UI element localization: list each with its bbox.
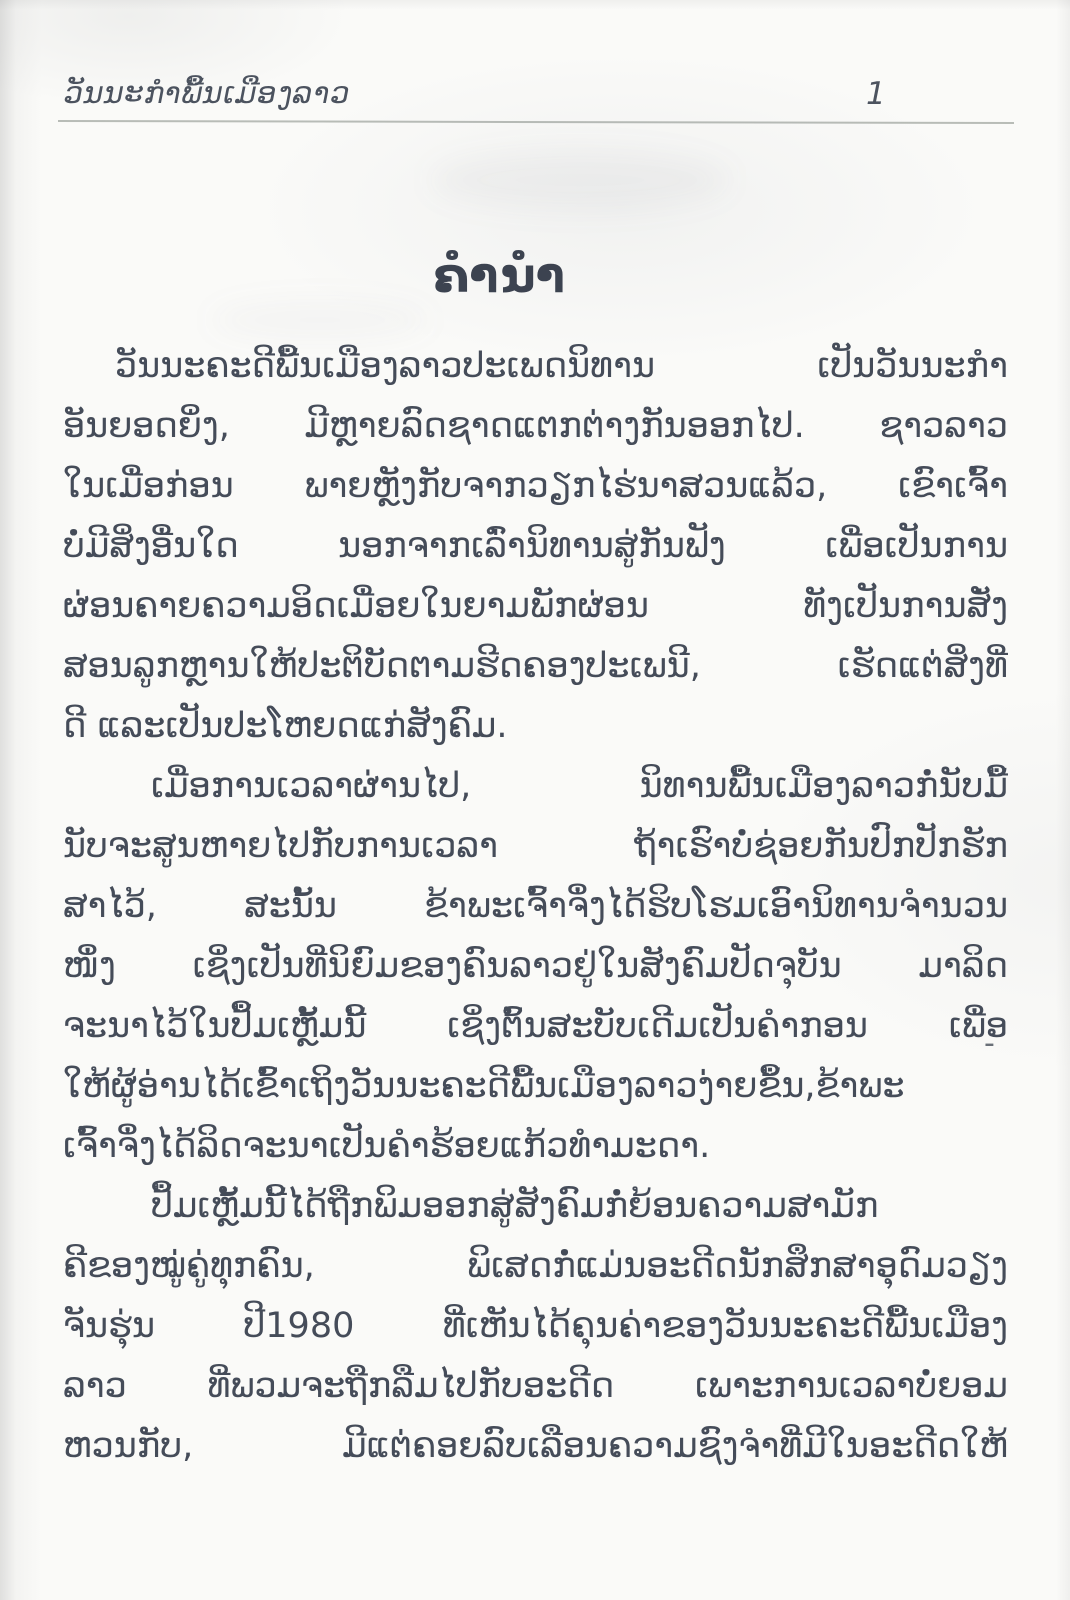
bleed-through-smudge [210, 300, 430, 340]
body-line: ປຶ້ມເຫຼັ້ມນີ້ໄດ້ຖືກພິມອອກສູ່ສັງຄົມກໍ່ຍ້ອ… [63, 1176, 1008, 1236]
body-line: ສອນລູກຫຼານໃຫ້ປະຕິບັດຕາມຮີດຄອງປະເພນີ, ເຮັ… [63, 636, 1008, 696]
margin-mark: - [984, 1026, 995, 1061]
page-number: 1 [866, 76, 886, 112]
body-line: ເມື່ອການເວລາຜ່ານໄປ, ນິທານພື້ນເມືອງລາວກໍ່… [63, 756, 1008, 816]
header-rule [58, 120, 1014, 124]
body-line: ເຈົ້າຈຶ່ງໄດ້ລິດຈະນາເປັນຄຳຮ້ອຍແກ້ວທຳມະດາ. [63, 1116, 1008, 1176]
body-line: ຜ່ອນຄາຍຄວາມອິດເມື່ອຍໃນຍາມພັກຜ່ອນ ທັງເປັນ… [63, 576, 1008, 636]
body-line: ຈະນາໄວ້ໃນປຶ້ມເຫຼັ້ມນີ້ ເຊິ່ງຕົ້ນສະບັບເດີ… [63, 996, 1008, 1056]
body-line: ບໍ່ມີສິ່ງອື່ນໃດ ນອກຈາກເລົ່ານິທານສູ່ກັນຟັ… [63, 516, 1008, 576]
body-line: ວັນນະຄະດີພື້ນເມືອງລາວປະເພດນິທານ ເປັນວັນນ… [63, 336, 1008, 396]
scanned-book-page: ວັນນະກຳພື້ນເມືອງລາວ 1 ຄຳນຳ ວັນນະຄະດີພື້ນ… [0, 0, 1070, 1600]
body-text: ວັນນະຄະດີພື້ນເມືອງລາວປະເພດນິທານ ເປັນວັນນ… [63, 336, 1008, 1476]
body-line: ຈັນຮຸ່ນ ປີ1980 ທີ່ເຫັນໄດ້ຄຸນຄ່າຂອງວັນນະຄ… [63, 1296, 1008, 1356]
body-line: ຫວນກັບ, ມີແຕ່ຄອຍລົບເລືອນຄວາມຊົງຈຳທີ່ມີໃນ… [63, 1416, 1008, 1476]
body-line: ໃຫ້ຜູ້ອ່ານໄດ້ເຂົ້າເຖິງວັນນະຄະດີພື້ນເມືອງ… [63, 1056, 1008, 1116]
body-line: ອັນຍອດຍິ່ງ, ມີຫຼາຍລົດຊາດແຕກຕ່າງກັນອອກໄປ.… [63, 396, 1008, 456]
body-line: ໜຶ່ງ ເຊິ່ງເປັນທີ່ນິຍົມຂອງຄົນລາວຢູ່ໃນສັງຄ… [63, 936, 1008, 996]
page-title: ຄຳນຳ [0, 248, 1000, 304]
body-line: ດີ ແລະເປັນປະໂຫຍດແກ່ສັງຄົມ. [63, 696, 1008, 756]
body-line: ສາໄວ້, ສະນັ້ນ ຂ້າພະເຈົ້າຈຶ່ງໄດ້ຮິບໂຮມເອົ… [63, 876, 1008, 936]
body-line: ລາວ ທີ່ພວມຈະຖືກລືມໄປກັບອະດີດ ເພາະການເວລາ… [63, 1356, 1008, 1416]
body-line: ນັບຈະສູນຫາຍໄປກັບການເວລາ ຖ້າເຮົາບໍ່ຊ່ອຍກັ… [63, 816, 1008, 876]
body-line: ໃນເມື່ອກ່ອນ ພາຍຫຼັງກັບຈາກວຽກໄຮ່ນາສວນແລ້ວ… [63, 456, 1008, 516]
body-line: ຄີຂອງໝູ່ຄູ່ທຸກຄົນ, ພິເສດກໍ່ແມ່ນອະດີດນັກສ… [63, 1236, 1008, 1296]
bleed-through-smudge [430, 150, 730, 210]
running-header: ວັນນະກຳພື້ນເມືອງລາວ [64, 76, 350, 111]
